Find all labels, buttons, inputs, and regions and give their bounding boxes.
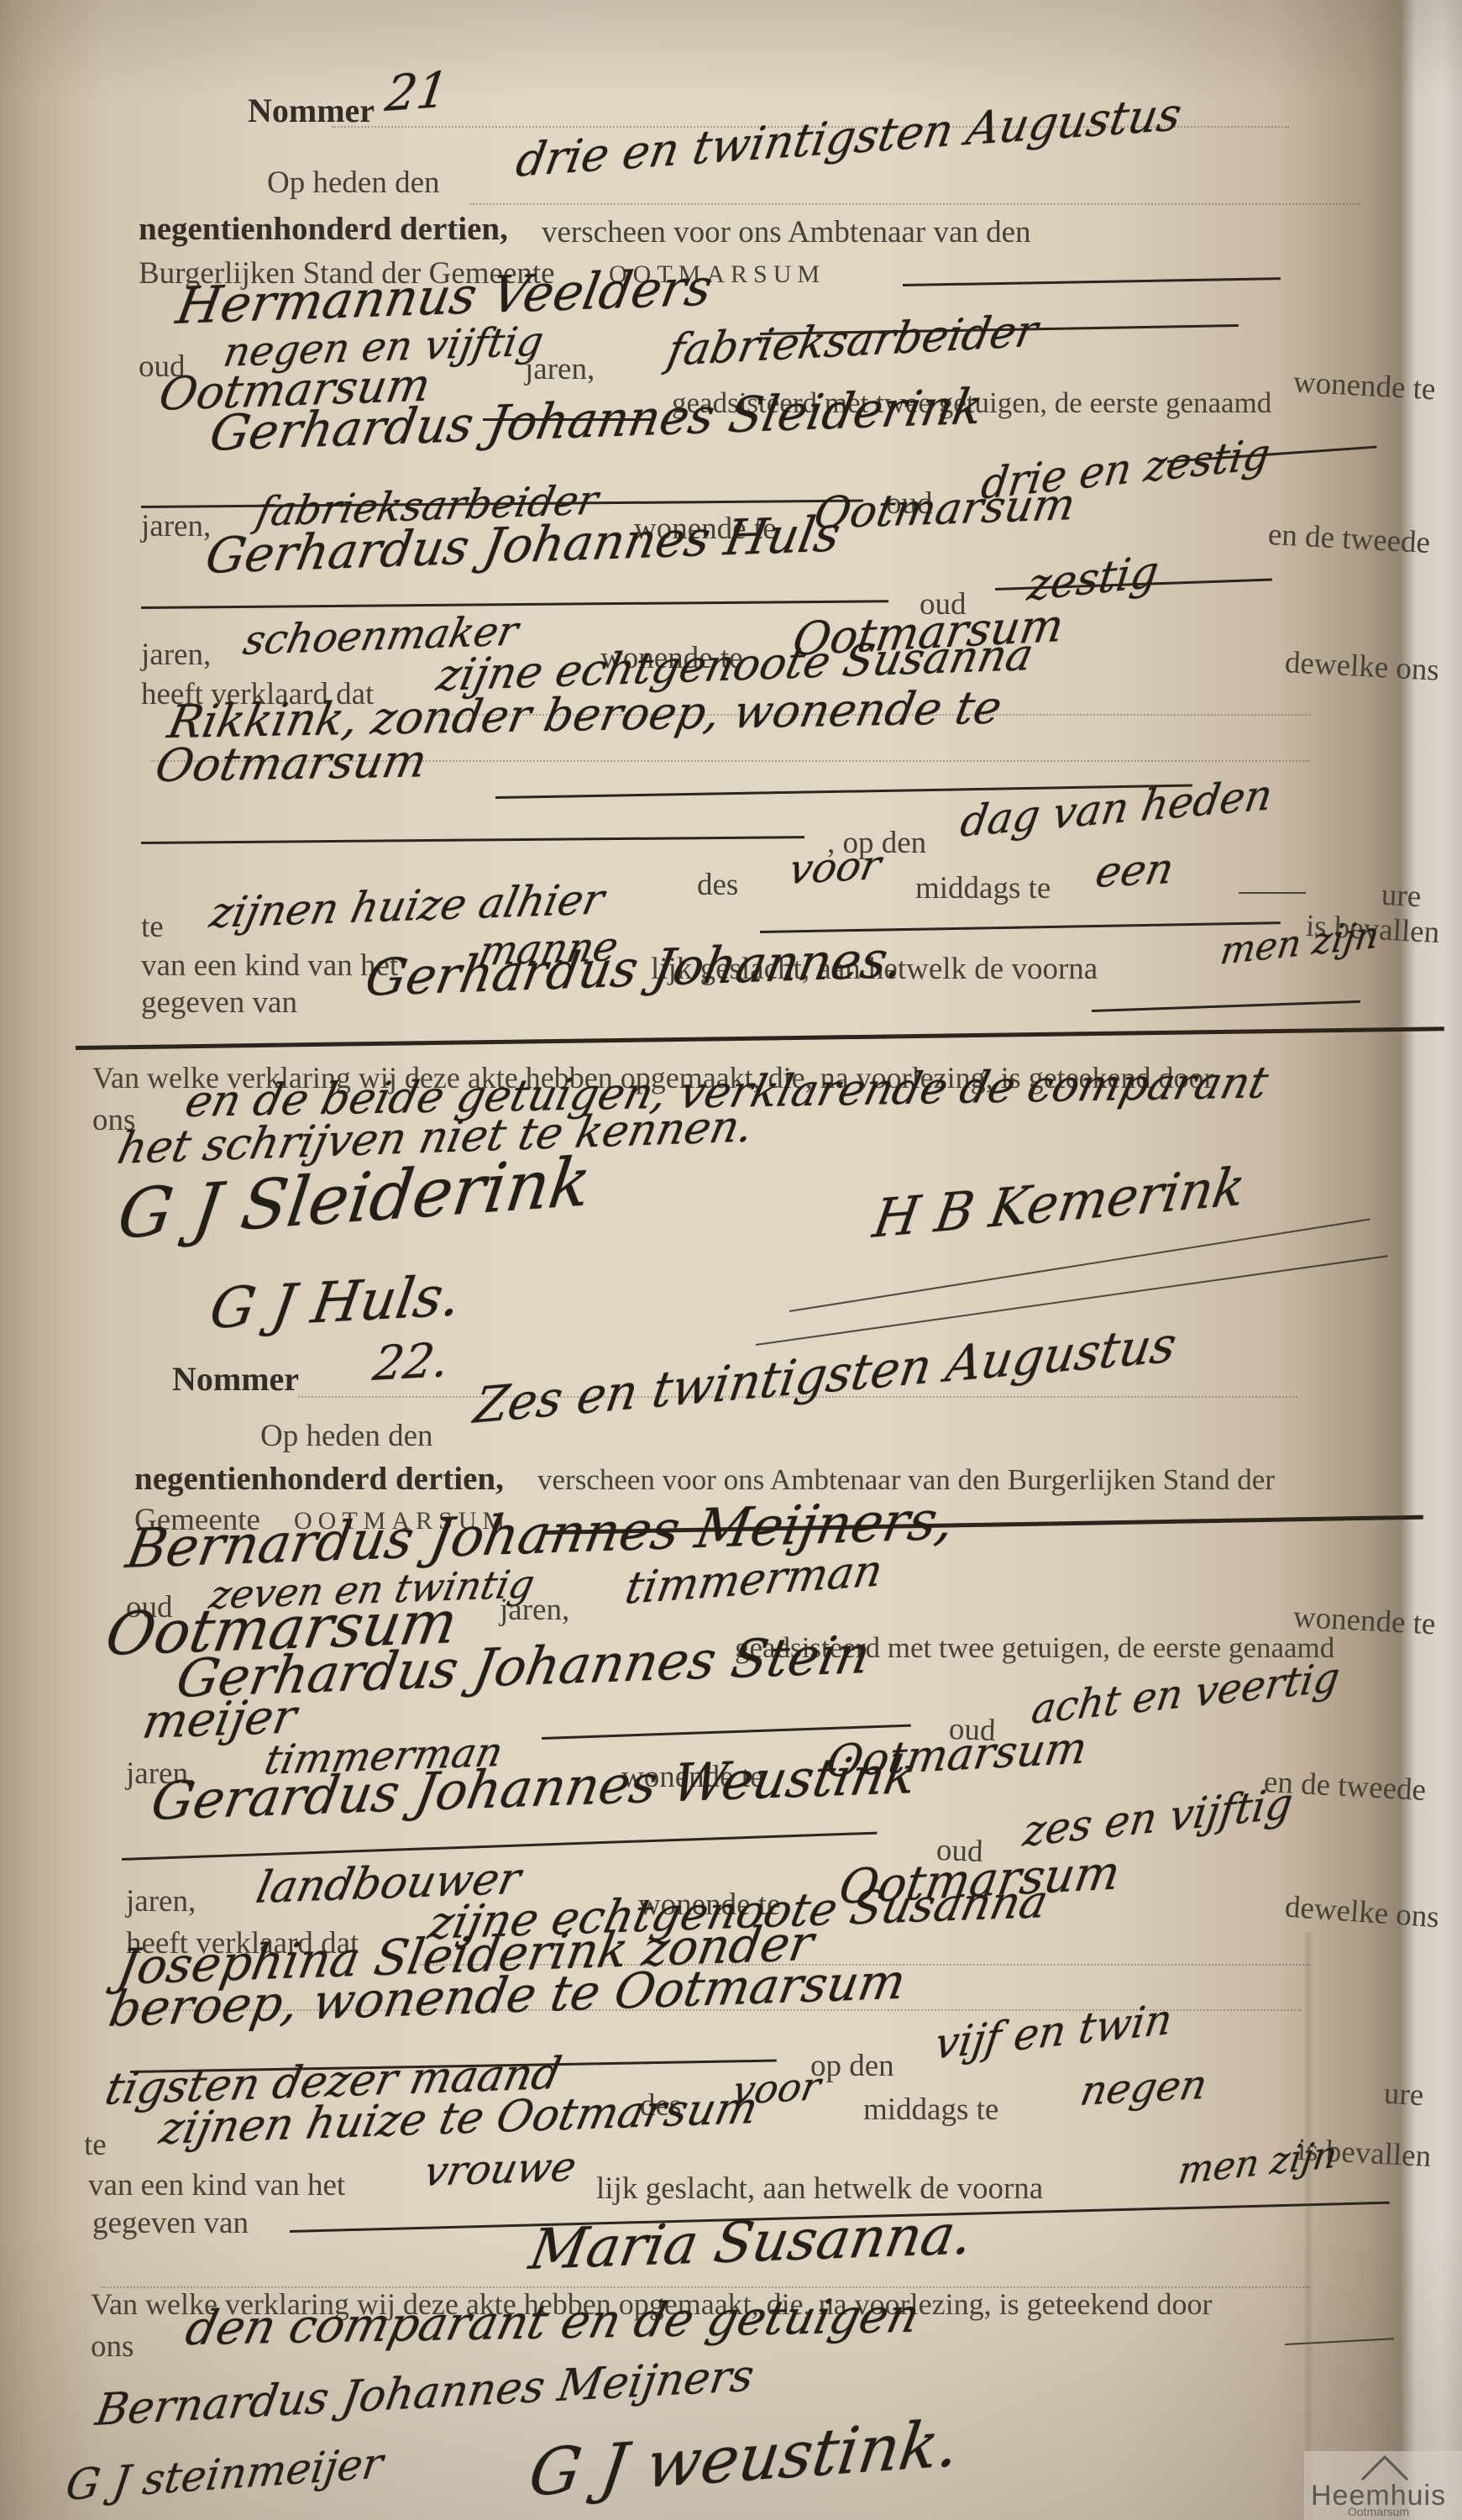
van-een-kind-label: van een kind van het [88, 2167, 345, 2203]
act1-signature-witness2: G J Huls. [206, 1263, 465, 1341]
des-label: des [697, 867, 738, 903]
gegeven-van-label: gegeven van [92, 2205, 249, 2241]
filled-rule [1092, 1000, 1360, 1012]
act2-child-names: Maria Susanna. [525, 2202, 978, 2282]
act2-signature-witness2: G J weustink. [525, 2405, 964, 2511]
act2-nommer-label: Nommer [172, 1359, 299, 1399]
act2-witness1-age: acht en veertig [1029, 1653, 1343, 1734]
dotted-line [470, 203, 1360, 205]
act1-date: drie en twintigsten Augustus [512, 87, 1186, 187]
register-page: Nommer 21 Op heden den drie en twintigst… [0, 0, 1462, 2520]
act2-witness2-age: zes en vijftig [1020, 1778, 1296, 1856]
act1-number: 21 [382, 60, 452, 123]
te-label: te [84, 2127, 107, 2163]
act1-mother-line3: Ootmarsum [151, 734, 432, 792]
filled-rule [903, 277, 1281, 286]
house-roof-icon [1360, 2453, 1410, 2481]
jaren-label: jaren, [500, 1592, 569, 1628]
signature-flourish [1285, 2338, 1394, 2345]
act2-op-heden: Op heden den [260, 1418, 433, 1454]
act1-birth-day: dag van heden [957, 770, 1276, 847]
act1-voor: voor [785, 842, 885, 894]
wonende-te-label: wonende te [1292, 365, 1437, 408]
act2-birth-day-part1: vijf en twin [932, 1994, 1176, 2069]
page-crease [1303, 1932, 1313, 2520]
jaren-label: jaren, [141, 508, 211, 544]
ons-label: ons [91, 2328, 134, 2365]
ure-label: ure [1383, 2076, 1424, 2113]
act1-nommer-label: Nommer [248, 91, 375, 130]
act2-signature-witness1: G J steinmeijer [63, 2439, 386, 2510]
middags-te-label: middags te [863, 2092, 998, 2128]
dewelke-ons-label: dewelke ons [1284, 644, 1440, 689]
act2-men-zijn: men zijn [1176, 2133, 1340, 2193]
filled-rule [141, 836, 804, 844]
act2-number: 22. [369, 1333, 453, 1392]
dewelke-ons-label: dewelke ons [1284, 1889, 1440, 1936]
jaren-label: jaren, [126, 1883, 196, 1919]
en-de-tweede-label: en de tweede [1267, 517, 1431, 561]
act1-declarant-occupation: fabrieksarbeider [663, 306, 1042, 376]
filled-rule [1239, 892, 1306, 894]
section-divider [76, 1026, 1444, 1050]
watermark-subtitle: Ootmarsum [1348, 2505, 1409, 2518]
act2-year: negentienhonderd dertien, [134, 1460, 504, 1498]
act2-child-gender: vrouwe [420, 2143, 580, 2196]
act1-op-heden: Op heden den [267, 165, 440, 201]
jaren-label: jaren, [525, 351, 595, 387]
middags-te-label: middags te [915, 870, 1051, 906]
te-label: te [141, 909, 164, 945]
watermark: Heemhuis Ootmarsum [1304, 2451, 1462, 2520]
act1-child-names: Gerhardus Johannes. [361, 930, 908, 1008]
jaren-label: jaren, [141, 637, 211, 673]
act1-year: negentienhonderd dertien, [139, 210, 508, 248]
act2-date: Zes en twintigsten Augustus [470, 1315, 1181, 1435]
van-een-kind-label: van een kind van het [141, 948, 398, 984]
act1-witness1-residence: Ootmarsum [810, 480, 1079, 539]
act1-verscheen: verscheen voor ons Ambtenaar van den [542, 214, 1031, 250]
act1-birth-hour: een [1092, 844, 1178, 897]
gegeven-van-label: gegeven van [141, 984, 297, 1021]
act2-birth-hour: negen [1077, 2061, 1211, 2115]
filled-rule [760, 921, 1281, 933]
act2-signature-declarant: Bernardus Johannes Meijners [92, 2350, 757, 2436]
act1-signature-registrar: H B Kemerink [869, 1155, 1250, 1250]
ure-label: ure [1381, 877, 1422, 915]
act2-witness2-name: Gerardus Johannes Weustink [147, 1744, 922, 1832]
